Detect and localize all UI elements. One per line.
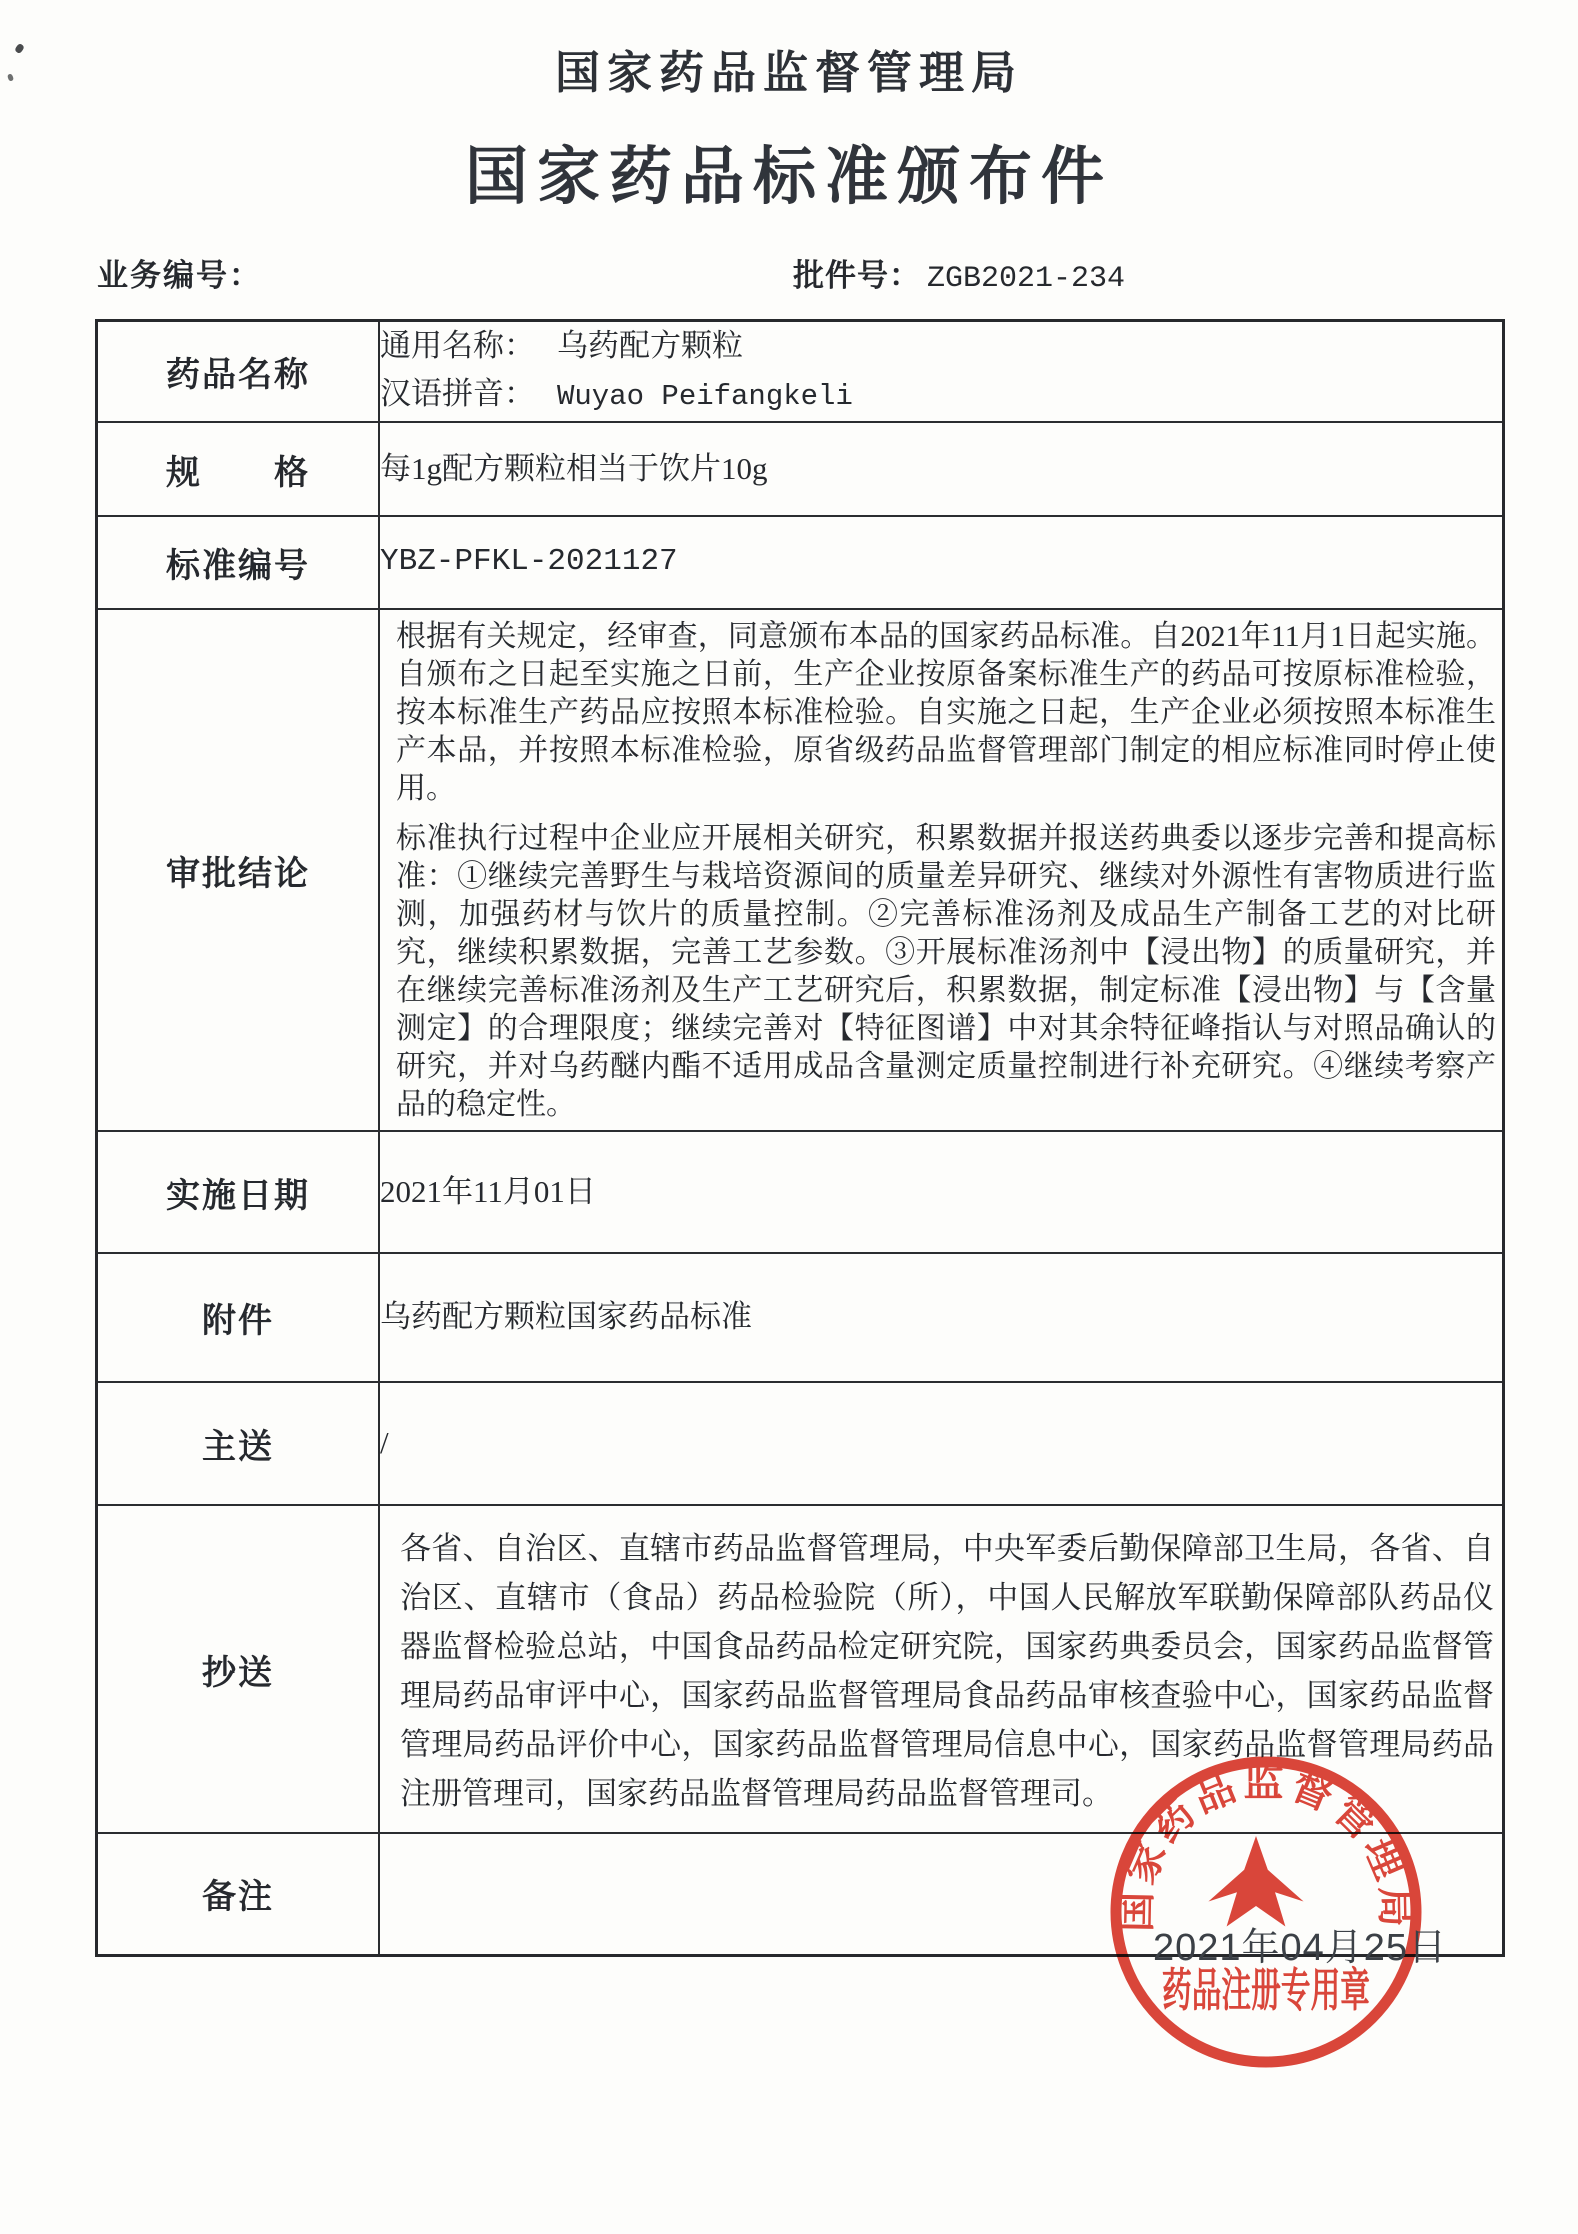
row-label: 药品名称 (97, 321, 380, 423)
conclusion-paragraph: 根据有关规定，经审查，同意颁布本品的国家药品标准。自2021年11月1日起实施。… (396, 618, 1496, 808)
row-value: 2021年11月01日 (379, 1131, 1504, 1253)
table-row-approval-conclusion: 审批结论 根据有关规定，经审查，同意颁布本品的国家药品标准。自2021年11月1… (97, 609, 1504, 1131)
row-label: 抄送 (97, 1505, 380, 1833)
generic-name-label: 通用名称： (380, 328, 535, 363)
row-label: 附件 (97, 1253, 380, 1382)
row-label: 标准编号 (97, 516, 380, 609)
business-no-label: 业务编号： (97, 250, 262, 295)
row-label: 规 格 (97, 422, 380, 516)
conclusion-paragraph: 标准执行过程中企业应开展相关研究，积累数据并报送药典委以逐步完善和提高标准：①继… (396, 820, 1496, 1124)
table-row-attachment: 附件 乌药配方颗粒国家药品标准 (97, 1253, 1504, 1382)
approval-no-label: 批件号： (793, 258, 921, 293)
generic-name-line: 通用名称：乌药配方颗粒 (380, 322, 1502, 370)
row-value: 通用名称：乌药配方颗粒 汉语拼音：Wuyao Peifangkeli (379, 321, 1504, 423)
row-label: 主送 (97, 1382, 380, 1505)
agency-name: 国家药品监督管理局 (0, 36, 1578, 101)
approval-no-value: ZGB2021-234 (927, 262, 1125, 296)
row-value: 乌药配方颗粒国家药品标准 (379, 1253, 1504, 1382)
seal-star-icon (1208, 1836, 1303, 1927)
table-row-specification: 规 格 每1g配方颗粒相当于饮片10g (97, 422, 1504, 516)
meta-row: 业务编号： 批件号：ZGB2021-234 (0, 250, 1578, 294)
generic-name-value: 乌药配方颗粒 (557, 328, 743, 363)
pinyin-line: 汉语拼音：Wuyao Peifangkeli (380, 370, 1502, 421)
pinyin-label: 汉语拼音： (380, 376, 535, 411)
seal-date: 2021年04月25日 (1153, 1916, 1447, 1971)
document-title: 国家药品标准颁布件 (0, 126, 1578, 217)
table-row-drug-name: 药品名称 通用名称：乌药配方颗粒 汉语拼音：Wuyao Peifangkeli (97, 321, 1504, 423)
seal-bottom-text: 药品注册专用章 (1162, 1965, 1370, 2016)
document-page: 国家药品监督管理局 国家药品标准颁布件 业务编号： 批件号：ZGB2021-23… (0, 0, 1578, 2234)
row-label: 审批结论 (97, 609, 380, 1131)
approval-no: 批件号：ZGB2021-234 (793, 250, 1125, 296)
row-value: / (379, 1382, 1504, 1505)
official-seal: 国家药品监督管理局 药品注册专用章 (1096, 1742, 1436, 2082)
row-value: YBZ-PFKL-2021127 (379, 516, 1504, 609)
row-label: 备注 (97, 1833, 380, 1955)
table-row-implementation-date: 实施日期 2021年11月01日 (97, 1131, 1504, 1253)
row-label: 实施日期 (97, 1131, 380, 1253)
row-value: 每1g配方颗粒相当于饮片10g (379, 422, 1504, 516)
table-row-standard-no: 标准编号 YBZ-PFKL-2021127 (97, 516, 1504, 609)
table-row-main-recipient: 主送 / (97, 1382, 1504, 1505)
row-value: 根据有关规定，经审查，同意颁布本品的国家药品标准。自2021年11月1日起实施。… (379, 609, 1504, 1131)
pinyin-value: Wuyao Peifangkeli (557, 380, 853, 413)
standard-table: 药品名称 通用名称：乌药配方颗粒 汉语拼音：Wuyao Peifangkeli … (95, 319, 1505, 1957)
